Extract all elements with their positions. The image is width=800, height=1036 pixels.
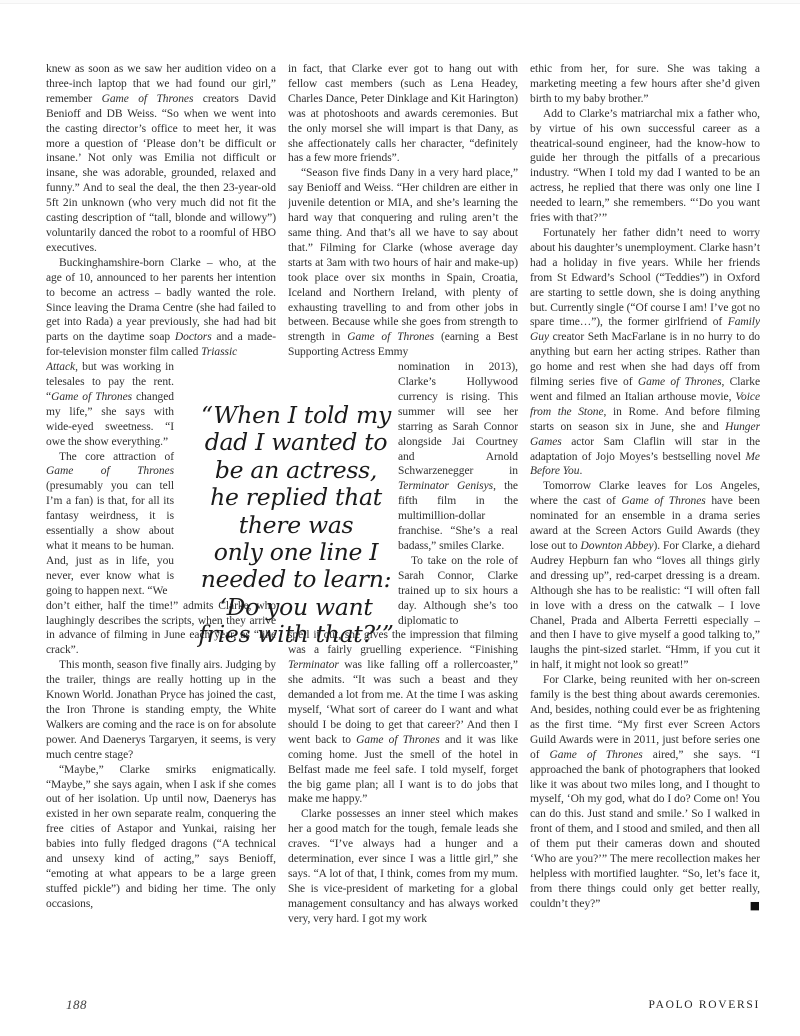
end-of-article-mark: ■ bbox=[737, 900, 760, 911]
paragraph: Buckinghamshire-born Clarke – who, at th… bbox=[46, 256, 276, 360]
paragraph: Add to Clarke’s matriarchal mix a father… bbox=[530, 107, 760, 226]
paragraph: This month, season five finally airs. Ju… bbox=[46, 658, 276, 762]
paragraph: “Season five finds Dany in a very hard p… bbox=[288, 166, 518, 360]
paragraph: knew as soon as we saw her audition vide… bbox=[46, 62, 276, 256]
paragraph: Tomorrow Clarke leaves for Los Angeles, … bbox=[530, 479, 760, 673]
paragraph: in fact, that Clarke ever got to hang ou… bbox=[288, 62, 518, 166]
photographer-credit: PAOLO ROVERSI bbox=[649, 999, 760, 1011]
magazine-page: knew as soon as we saw her audition vide… bbox=[0, 0, 800, 1036]
page-number: 188 bbox=[66, 997, 87, 1013]
paragraph: Attack, but was working in telesales to … bbox=[46, 360, 174, 449]
column-3: ethic from her, for sure. She was taking… bbox=[530, 62, 760, 1014]
column-1-narrow-section: Attack, but was working in telesales to … bbox=[46, 360, 174, 599]
paragraph: spell it out, she gives the impression t… bbox=[288, 628, 518, 807]
paragraph: Clarke possesses an inner steel which ma… bbox=[288, 807, 518, 926]
page-top-edge bbox=[0, 0, 800, 4]
paragraph-text: For Clarke, being reunited with her on-s… bbox=[530, 674, 760, 910]
paragraph: For Clarke, being reunited with her on-s… bbox=[530, 673, 760, 912]
paragraph: Fortunately her father didn’t need to wo… bbox=[530, 226, 760, 479]
paragraph: The core attraction of Game of Thrones (… bbox=[46, 450, 174, 599]
paragraph: ethic from her, for sure. She was taking… bbox=[530, 62, 760, 107]
pull-quote: “When I told my dad I wanted to be an ac… bbox=[168, 402, 424, 649]
paragraph: “Maybe,” Clarke smirks enigmatically. “M… bbox=[46, 763, 276, 912]
